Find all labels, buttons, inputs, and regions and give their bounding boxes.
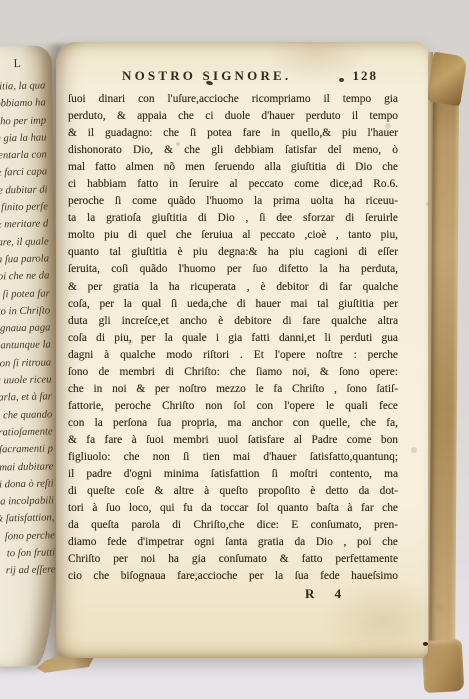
- signature-mark: R 4: [68, 585, 398, 603]
- body-text: ſuoi dinari con l'uſure,accioche ricompr…: [68, 91, 398, 585]
- vellum-cover-bottom-corner: [422, 639, 465, 693]
- body-text-line: quanto tal giuſtitia è piu degna:& ha pi…: [68, 244, 398, 261]
- facing-page-line: o,& ſe gia la hau: [0, 129, 54, 148]
- body-text-line: cio che biſognaua fare,accioche per la ſ…: [68, 568, 398, 585]
- body-text-line: ſono de membri di Chriſto: che ſiamo noi…: [68, 364, 398, 381]
- facing-page-line: fare, il quale: [0, 233, 56, 252]
- body-text-line: & fa fare à ſuoi membri uuol ſatisfare a…: [68, 432, 398, 449]
- body-text-line: ci habbiam fatto in ſeruire al peccato c…: [68, 176, 398, 193]
- body-text-line: dishonorato Dio, & che gli debbiam ſatis…: [68, 142, 398, 159]
- facing-page-line: mai dubitare: [0, 458, 61, 477]
- facing-page-line: to in Chriſto: [0, 302, 57, 321]
- body-text-line: coſa, per la qual ſi ueda,che di hauer m…: [68, 296, 398, 313]
- facing-page-line: a uuole riceu: [0, 371, 59, 390]
- facing-page-line: & ancho per imp: [0, 112, 53, 131]
- facing-page-line: to ſon frutti: [0, 544, 62, 563]
- book-page: NOSTRO SIGNORE. 128 ſuoi dinari con l'uſ…: [56, 42, 428, 658]
- facing-page-line: a poi che ne da: [0, 268, 57, 287]
- vellum-binding-strip: [429, 64, 459, 690]
- facing-page-line: gratioſamente: [0, 423, 60, 442]
- body-text-line: con la perſona ſua propria, ma anchor co…: [68, 415, 398, 432]
- facing-page-line: ſe ſi potea far: [0, 285, 57, 304]
- body-text-line: peroche ſi come quãdo l'huomo la prima u…: [68, 193, 398, 210]
- body-text-line: Chriſto per noi ha gia conſumato & fatto…: [68, 551, 398, 568]
- body-text-line: ſuoi dinari con l'uſure,accioche ricompr…: [68, 91, 398, 108]
- facing-page-line: ma dobbiamo ha: [0, 95, 53, 114]
- body-text-line: mal fatto almen nõ men ſeruendo alla giu…: [68, 159, 398, 176]
- body-text-line: & il guadagno: che ſi potea fare in quel…: [68, 125, 398, 142]
- body-text-line: molto piu di quel che ſeruiua al peccato…: [68, 227, 398, 244]
- facing-page-line: on ſi ritroua: [0, 354, 58, 373]
- body-text-line: dagni à qualche modo riſtori . Et l'oper…: [68, 347, 398, 364]
- book-photograph: E L a giuſtitia, la quama dobbiamo ha& a…: [0, 0, 469, 699]
- body-text-line: perduto, & appaia che ci duole d'hauer p…: [68, 108, 398, 125]
- facing-page-line: eſta ſua parola: [0, 250, 56, 269]
- body-text-line: diamo fede d'impetrar ogni ſanta gratia …: [68, 534, 398, 551]
- body-text-line: di queſte coſe & altre à queſto propoſit…: [68, 483, 398, 500]
- body-text-line: coſa di piu, per la quale i gia fatti da…: [68, 330, 398, 347]
- page-number: 128: [353, 68, 379, 84]
- running-head: NOSTRO SIGNORE. 128: [68, 68, 398, 86]
- facing-page-line: ugomentarla con: [0, 146, 54, 165]
- facing-page-line: che quando: [0, 406, 59, 425]
- body-text-line: il padre d'ogni minima ſatisfattion ſi m…: [68, 466, 398, 483]
- body-text-line: tori à ſuo loco, qui fu da toccar ſol qu…: [68, 500, 398, 517]
- facing-page-line: quantunque la: [0, 337, 58, 356]
- facing-page-line: ſono perche: [0, 527, 62, 546]
- body-text-line: ta la gratioſa giuſtitia di Dio , ſi dee…: [68, 210, 398, 227]
- facing-page-line: rij ad eſſere: [0, 561, 63, 580]
- facing-page-line: i dona ò reſti: [0, 475, 61, 494]
- facing-page-line: dee dubitar di: [0, 181, 55, 200]
- body-text-line: fattorie, peroche Chriſto non ſol con l'…: [68, 398, 398, 415]
- facing-page-line: o, & farci capa: [0, 164, 54, 183]
- body-text-line: che in noi & per noſtro mezzo le fa Chri…: [68, 381, 398, 398]
- body-text-line: ſeruita, coſi quãdo l'huomo per ſuo dife…: [68, 261, 398, 278]
- facing-page-line: & finito perfe: [0, 198, 55, 217]
- body-text-line: figliuolo: che non ſi tien mai d'hauer ſ…: [68, 449, 398, 466]
- body-text-line: da queſta parola di Chriſto,che dice: E …: [68, 517, 398, 534]
- wormhole-mark: [423, 642, 428, 646]
- body-text-line: duta gli increſce,et ancho è debitore di…: [68, 313, 398, 330]
- facing-page-line: ognaua paga: [0, 319, 58, 338]
- facing-page-running-head: E L: [0, 56, 26, 72]
- body-text-line: & per gratia la ha ricuperata , è debito…: [68, 279, 398, 296]
- vellum-cover-top-flap: [426, 52, 467, 107]
- facing-page-line: a incolpabili: [0, 492, 61, 511]
- facing-page-line: ſacramenti p: [0, 440, 60, 459]
- facing-page-line: & meritare d: [0, 216, 55, 235]
- page-edge-chip: [339, 78, 344, 82]
- facing-page-line: a giuſtitia, la qua: [0, 77, 53, 96]
- foxing-spots: [176, 142, 180, 146]
- facing-page-line: & ſatisfattion,: [0, 510, 62, 529]
- text-column: NOSTRO SIGNORE. 128 ſuoi dinari con l'uſ…: [68, 68, 398, 603]
- facing-page-line: arla, et à far: [0, 389, 59, 408]
